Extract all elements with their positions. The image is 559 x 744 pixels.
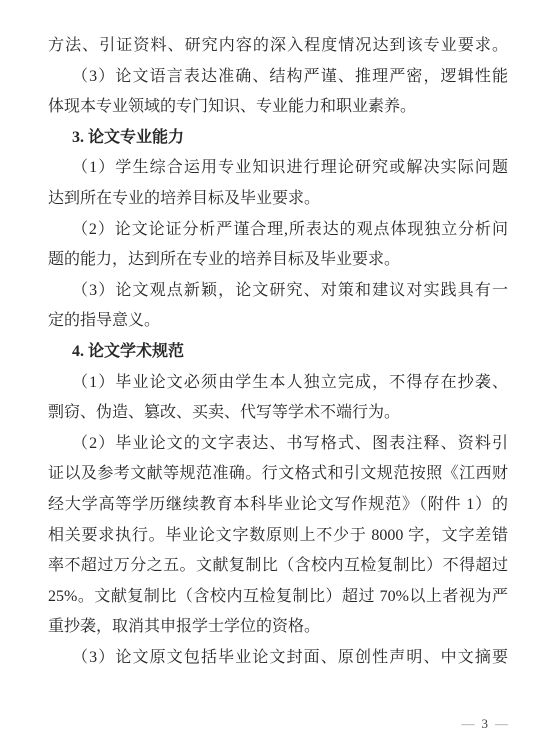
page-footer: —3— <box>462 716 509 731</box>
body-line: 率不超过万分之五。文献复制比（含校内互检复制比）不得超过 <box>48 551 508 582</box>
body-line: （3）论文原文包括毕业论文封面、原创性声明、中文摘要 <box>48 643 508 674</box>
section-heading-3: 3. 论文专业能力 <box>48 123 508 154</box>
body-line: 经大学高等学历继续教育本科毕业论文写作规范》（附件 1）的 <box>48 490 508 521</box>
body-line: （1）学生综合运用专业知识进行理论研究或解决实际问题 <box>48 153 508 184</box>
body-line: （2）毕业论文的文字表达、书写格式、图表注释、资料引 <box>48 429 508 460</box>
body-line: 方法、引证资料、研究内容的深入程度情况达到该专业要求。 <box>48 31 508 62</box>
section-heading-4: 4. 论文学术规范 <box>48 337 508 368</box>
body-line: 证以及参考文献等规范准确。行文格式和引文规范按照《江西财 <box>48 459 508 490</box>
page-number: 3 <box>482 716 489 731</box>
body-line: 定的指导意义。 <box>48 306 508 337</box>
body-line: 剽窃、伪造、篡改、买卖、代写等学术不端行为。 <box>48 398 508 429</box>
body-line: 达到所在专业的培养目标及毕业要求。 <box>48 184 508 215</box>
body-line: （3）论文语言表达准确、结构严谨、推理严密，逻辑性能 <box>48 62 508 93</box>
body-line: 重抄袭，取消其申报学士学位的资格。 <box>48 612 508 643</box>
body-line: （3）论文观点新颖，论文研究、对策和建议对实践具有一 <box>48 276 508 307</box>
footer-dash-right: — <box>495 716 508 731</box>
body-line: 25%。文献复制比（含校内互检复制比）超过 70%以上者视为严 <box>48 582 508 613</box>
body-line: （1）毕业论文必须由学生本人独立完成，不得存在抄袭、 <box>48 368 508 399</box>
document-body: 方法、引证资料、研究内容的深入程度情况达到该专业要求。 （3）论文语言表达准确、… <box>48 31 508 673</box>
footer-dash-left: — <box>462 716 475 731</box>
body-line: 相关要求执行。毕业论文字数原则上不少于 8000 字，文字差错 <box>48 521 508 552</box>
body-line: 题的能力，达到所在专业的培养目标及毕业要求。 <box>48 245 508 276</box>
body-line: （2）论文论证分析严谨合理,所表达的观点体现独立分析问 <box>48 215 508 246</box>
body-line: 体现本专业领域的专门知识、专业能力和职业素养。 <box>48 92 508 123</box>
